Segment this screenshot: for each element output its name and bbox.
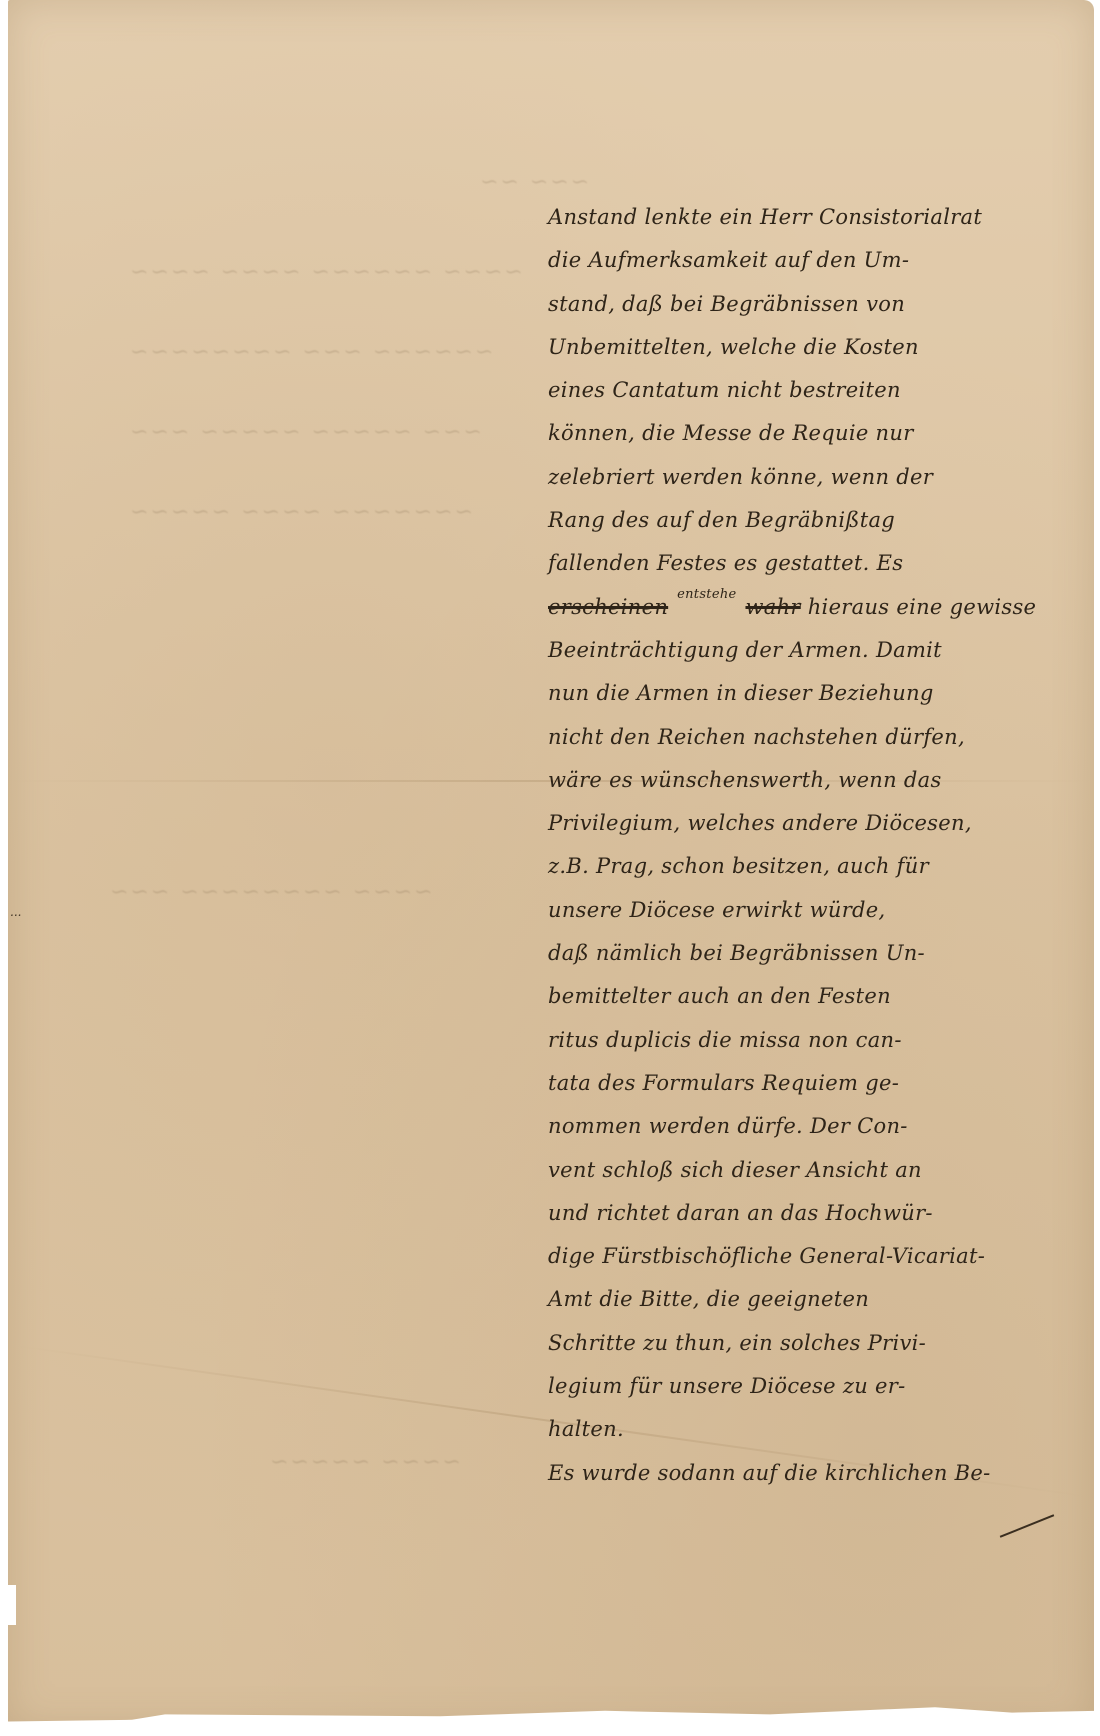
end-mark [1000, 1514, 1055, 1538]
struck-word: wahr [745, 595, 800, 619]
text-line: dige Fürstbischöfliche General-Vicariat- [548, 1235, 1068, 1278]
torn-edge [0, 1585, 16, 1625]
manuscript-text-column: Anstand lenkte ein Herr Consistorialrat … [548, 196, 1068, 1495]
text-line: können, die Messe de Requie nur [548, 412, 1068, 455]
text-line: nommen werden dürfe. Der Con- [548, 1105, 1068, 1148]
text-line: Privilegium, welches andere Diöcesen, [548, 802, 1068, 845]
text-line: legium für unsere Diöcese zu er- [548, 1365, 1068, 1408]
page-right-margin [1094, 0, 1100, 1736]
text-line: nun die Armen in dieser Beziehung [548, 672, 1068, 715]
text-line: bemittelter auch an den Festen [548, 975, 1068, 1018]
text-line: Schritte zu thun, ein solches Privi- [548, 1322, 1068, 1365]
text-line: fallenden Festes es gestattet. Es [548, 542, 1068, 585]
text-line: Amt die Bitte, die geeigneten [548, 1278, 1068, 1321]
bleed-through-text: ~~~ ~~ [478, 170, 589, 195]
text-line: vent schloß sich dieser Ansicht an [548, 1149, 1068, 1192]
text-line: daß nämlich bei Begräbnissen Un- [548, 932, 1068, 975]
text-line: und richtet daran an das Hochwür- [548, 1192, 1068, 1235]
struck-word: erscheinen [548, 595, 668, 619]
text-line: die Aufmerksamkeit auf den Um- [548, 239, 1068, 282]
text-line: zelebriert werden könne, wenn der [548, 456, 1068, 499]
text-line: wäre es wünschenswerth, wenn das [548, 759, 1068, 802]
text-line: tata des Formulars Requiem ge- [548, 1062, 1068, 1105]
text-line: Es wurde sodann auf die kirchlichen Be- [548, 1452, 1068, 1495]
text-line: Unbemittelten, welche die Kosten [548, 326, 1068, 369]
text-line: halten. [548, 1408, 1068, 1451]
text-line: hieraus eine gewisse [808, 595, 1037, 619]
margin-fragment: ... [10, 905, 21, 919]
bleed-through-text: ~~~~ ~~~~~~ ~~~~ ~~~~ [128, 260, 523, 285]
inserted-word: entstehe [677, 587, 736, 602]
text-line: stand, daß bei Begräbnissen von [548, 283, 1068, 326]
text-line: Rang des auf den Begräbnißtag [548, 499, 1068, 542]
text-line: eines Cantatum nicht bestreiten [548, 369, 1068, 412]
bleed-through-text: ~~~~~~~ ~~~~ ~~~~~ [128, 500, 473, 525]
text-line: z.B. Prag, schon besitzen, auch für [548, 845, 1068, 888]
text-line-corrected: erscheinen entstehe wahr hieraus eine ge… [548, 586, 1068, 629]
text-line: unsere Diöcese erwirkt würde, [548, 889, 1068, 932]
text-line: nicht den Reichen nachstehen dürfen, [548, 716, 1068, 759]
text-line: Anstand lenkte ein Herr Consistorialrat [548, 196, 1068, 239]
text-line: Beeinträchtigung der Armen. Damit [548, 629, 1068, 672]
bleed-through-text: ~~~ ~~~~~ ~~~~~ ~~~ [128, 420, 482, 445]
bleed-through-text: ~~~~ ~~~~~~~~ ~~~ [108, 880, 433, 905]
bleed-through-text: ~~~~~~ ~~~ ~~~~~~~~ [128, 340, 493, 365]
bleed-through-text: ~~~~ ~~~~~ [268, 1450, 461, 1475]
text-line: ritus duplicis die missa non can- [548, 1019, 1068, 1062]
